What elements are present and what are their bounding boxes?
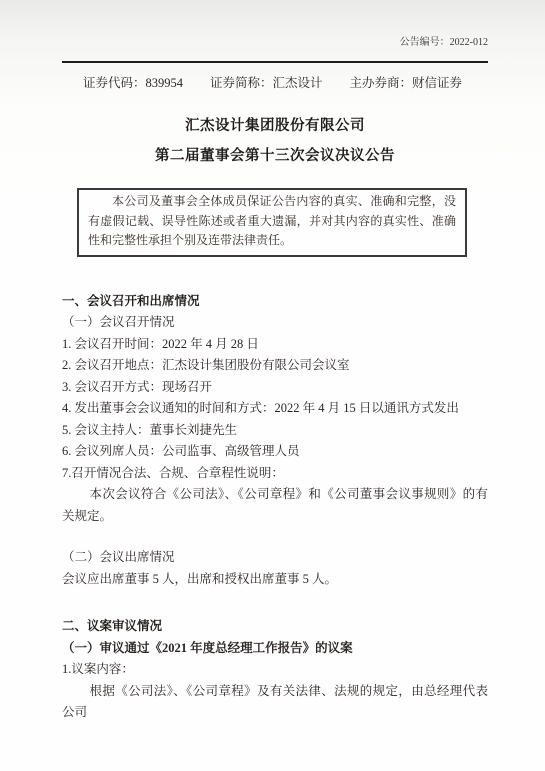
compliance-note: 本次会议符合《公司法》、《公司章程》和《公司董事会议事规则》的有关规定。 xyxy=(62,484,488,527)
document-page: 公告编号：2022-012 证券代码：839954 证券简称：汇杰设计 主办券商… xyxy=(0,0,545,771)
section2-sub1-heading: （一）审议通过《2021 年度总经理工作报告》的议案 xyxy=(62,638,488,660)
meeting-notice-item: 4. 发出董事会会议通知的时间和方式：2022 年 4 月 15 日以通讯方式发… xyxy=(62,398,488,420)
meeting-place-item: 2. 会议召开地点：汇杰设计集团股份有限公司会议室 xyxy=(62,355,488,377)
sponsor-broker-label: 主办券商： xyxy=(349,76,412,90)
stock-code: 证券代码：839954 xyxy=(83,75,183,91)
meeting-attendees-item: 6. 会议列席人员：公司监事、高级管理人员 xyxy=(62,441,488,463)
disclaimer-text: 本公司及董事会全体成员保证公告内容的真实、准确和完整，没有虚假记载、误导性陈述或… xyxy=(88,192,456,251)
company-name-title: 汇杰设计集团股份有限公司 xyxy=(62,117,488,136)
securities-header: 证券代码：839954 证券简称：汇杰设计 主办券商：财信证券 xyxy=(62,75,488,91)
meeting-method-item: 3. 会议召开方式：现场召开 xyxy=(62,377,488,399)
stock-code-value: 839954 xyxy=(146,76,184,90)
section2-heading: 二、议案审议情况 xyxy=(62,616,488,638)
section1-sub1-heading: （一）会议召开情况 xyxy=(62,312,488,334)
meeting-host-item: 5. 会议主持人：董事长刘捷先生 xyxy=(62,420,488,442)
announcement-number: 公告编号：2022-012 xyxy=(62,36,488,50)
stock-short-name-value: 汇杰设计 xyxy=(272,76,322,90)
attendance-note: 会议应出席董事 5 人，出席和授权出席董事 5 人。 xyxy=(62,569,488,591)
sponsor-broker-value: 财信证券 xyxy=(412,76,462,90)
section1-heading: 一、会议召开和出席情况 xyxy=(62,291,488,313)
stock-short-name-label: 证券简称： xyxy=(210,76,273,90)
proposal-content-body: 根据《公司法》、《公司章程》及有关法律、法规的规定，由总经理代表公司 xyxy=(62,681,488,724)
meeting-time-item: 1. 会议召开时间：2022 年 4 月 28 日 xyxy=(62,334,488,356)
stock-code-label: 证券代码： xyxy=(83,76,146,90)
stock-short-name: 证券简称：汇杰设计 xyxy=(210,75,323,91)
header-rule xyxy=(62,61,488,63)
announcement-title: 第二届董事会第十三次会议决议公告 xyxy=(62,147,488,166)
proposal-content-label: 1.议案内容： xyxy=(62,659,488,681)
disclaimer-box: 本公司及董事会全体成员保证公告内容的真实、准确和完整，没有虚假记载、误导性陈述或… xyxy=(77,188,467,257)
sponsor-broker: 主办券商：财信证券 xyxy=(349,75,462,91)
meeting-legality-item: 7.召开情况合法、合规、合章程性说明： xyxy=(62,463,488,485)
section1-sub2-heading: （二）会议出席情况 xyxy=(62,547,488,569)
